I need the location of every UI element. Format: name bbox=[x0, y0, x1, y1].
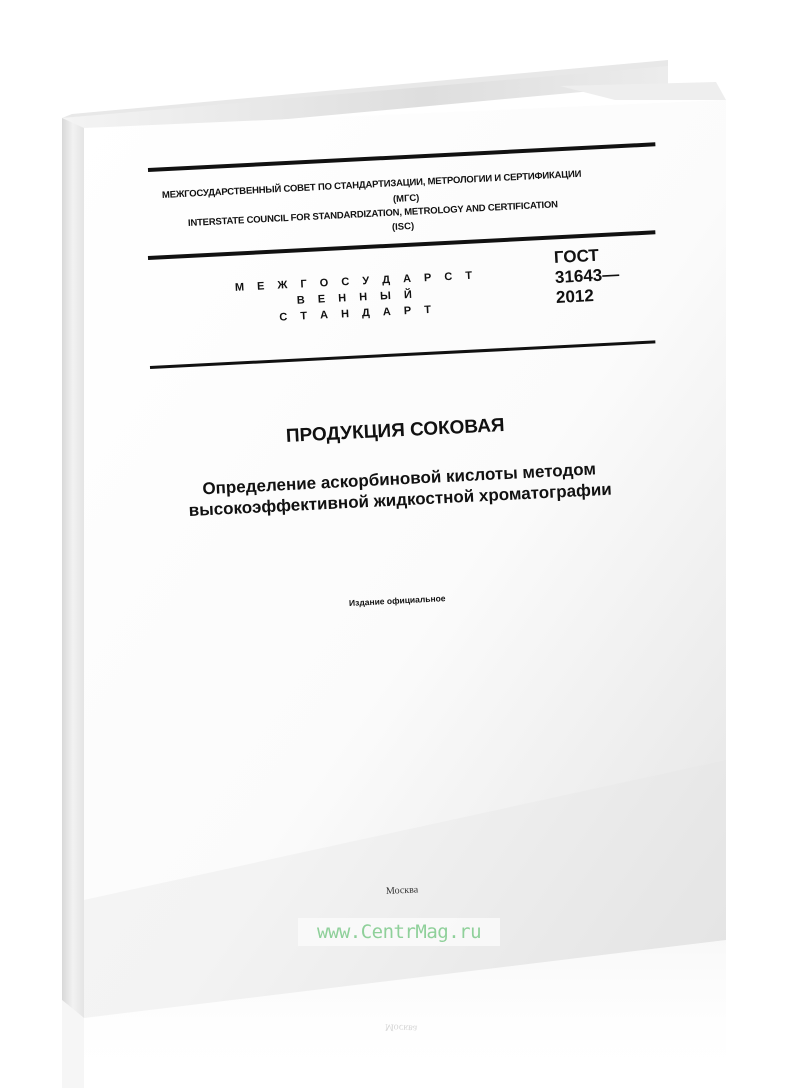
city-reflection: Москва bbox=[385, 1021, 418, 1034]
watermark: www.CentrMag.ru bbox=[298, 918, 500, 946]
council-abbr-ru: (МГС) bbox=[393, 193, 420, 205]
book-product-image: МЕЖГОСУДАРСТВЕННЫЙ СОВЕТ ПО СТАНДАРТИЗАЦ… bbox=[0, 0, 799, 1088]
gost-number: ГОСТ 31643— 2012 bbox=[553, 245, 620, 308]
council-abbr-en: (ISC) bbox=[392, 221, 415, 233]
city-label: Москва bbox=[386, 884, 419, 897]
